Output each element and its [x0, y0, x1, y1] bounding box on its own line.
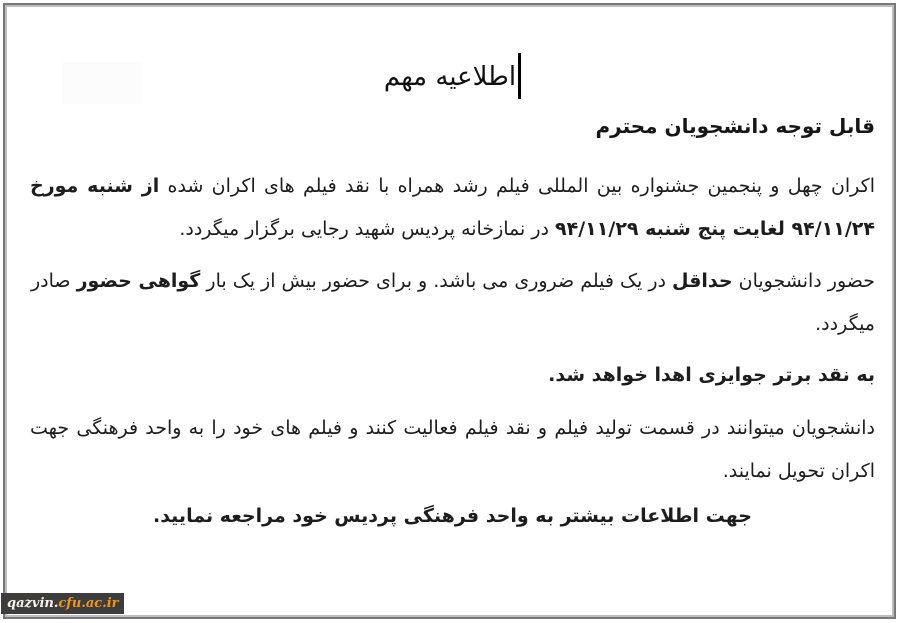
notice-title: اطلاعیه مهم — [384, 62, 516, 92]
greeting-line: قابل توجه دانشجویان محترم — [30, 109, 875, 143]
screening-text-before: اکران چهل و پنجمین جشنواره بین المللی فی… — [159, 175, 875, 197]
attendance-bold-minimum: حداقل — [672, 270, 733, 292]
document-page: { "notice": { "title": "اطلاعیه مهم", "g… — [0, 0, 900, 623]
attendance-bold-certificate: گواهی حضور — [77, 270, 201, 292]
attendance-seg1: حضور دانشجویان — [733, 270, 875, 292]
paragraph-screening: اکران چهل و پنجمین جشنواره بین المللی فی… — [30, 165, 875, 251]
notice-title-row: اطلاعیه مهم — [30, 51, 875, 103]
paragraph-prize: به نقد برتر جوایزی اهدا خواهد شد. — [30, 354, 875, 397]
attendance-seg2: در یک فیلم ضروری می باشد. و برای حضور بی… — [200, 270, 672, 292]
site-watermark: qazvin.cfu.ac.ir — [1, 593, 124, 614]
paragraph-attendance: حضور دانشجویان حداقل در یک فیلم ضروری می… — [30, 260, 875, 346]
watermark-suffix: cfu.ac.ir — [58, 596, 118, 611]
paragraph-more-info: جهت اطلاعات بیشتر به واحد فرهنگی پردیس خ… — [30, 495, 875, 538]
screening-text-after: در نمازخانه پردیس شهید رجایی برگزار میگر… — [179, 218, 555, 240]
text-cursor — [518, 53, 521, 99]
paragraph-participation: دانشجویان میتوانند در قسمت تولید فیلم و … — [30, 407, 875, 493]
watermark-prefix: qazvin. — [7, 596, 58, 611]
notice-body: اطلاعیه مهم قابل توجه دانشجویان محترم اک… — [30, 7, 875, 538]
